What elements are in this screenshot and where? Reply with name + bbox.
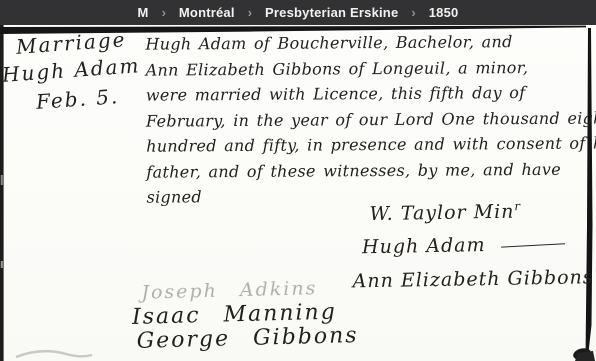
record-body-line: father, and of these witnesses, by me, a… <box>146 156 596 185</box>
scanned-register-image[interactable]: Marriage Hugh Adam Feb. 5. Hugh Adam of … <box>0 25 596 361</box>
witness-signature-block: Joseph Adkins Isaac Manning George Gibbo… <box>131 275 359 354</box>
record-body-line: Ann Elizabeth Gibbons of Longeuil, a min… <box>146 54 596 83</box>
breadcrumb-item-montreal[interactable]: Montréal <box>179 5 235 20</box>
chevron-right-icon: › <box>248 5 252 20</box>
signature-superscript: r <box>514 199 521 213</box>
signature-text: W. Taylor Min <box>369 201 514 226</box>
breadcrumb-bar: M › Montréal › Presbyterian Erskine › 18… <box>0 0 596 25</box>
margin-note-date: Feb. 5. <box>35 84 120 114</box>
signature-text: Ann Elizabeth Gibbons <box>352 266 593 292</box>
breadcrumb-item-1850[interactable]: 1850 <box>429 5 459 20</box>
margin-note-type: Marriage <box>15 27 127 59</box>
record-body-line: were married with Licence, this fifth da… <box>146 79 596 108</box>
signature-groom: Hugh Adam <box>352 224 593 262</box>
signature-block: W. Taylor Minr Hugh Adam Ann Elizabeth G… <box>351 191 594 295</box>
breadcrumb-item-presbyterian-erskine[interactable]: Presbyterian Erskine <box>265 5 398 20</box>
chevron-right-icon: › <box>162 5 166 20</box>
signature-minister: W. Taylor Minr <box>351 191 592 229</box>
signature-bride: Ann Elizabeth Gibbons <box>352 258 593 296</box>
record-viewer: { "breadcrumb": { "separator": "›", "ite… <box>0 0 596 361</box>
witness-signature: George Gibbons <box>132 324 359 354</box>
chevron-right-icon: › <box>411 5 415 20</box>
record-body-line: hundred and fifty, in presence and with … <box>146 130 596 159</box>
signature-text: Hugh Adam <box>362 234 486 258</box>
record-body-line: Hugh Adam of Boucherville, Bachelor, and <box>145 28 596 57</box>
record-body-line: February, in the year of our Lord One th… <box>146 105 596 134</box>
record-body-text: Hugh Adam of Boucherville, Bachelor, and… <box>145 28 596 210</box>
breadcrumb-item-m[interactable]: M <box>138 5 149 20</box>
